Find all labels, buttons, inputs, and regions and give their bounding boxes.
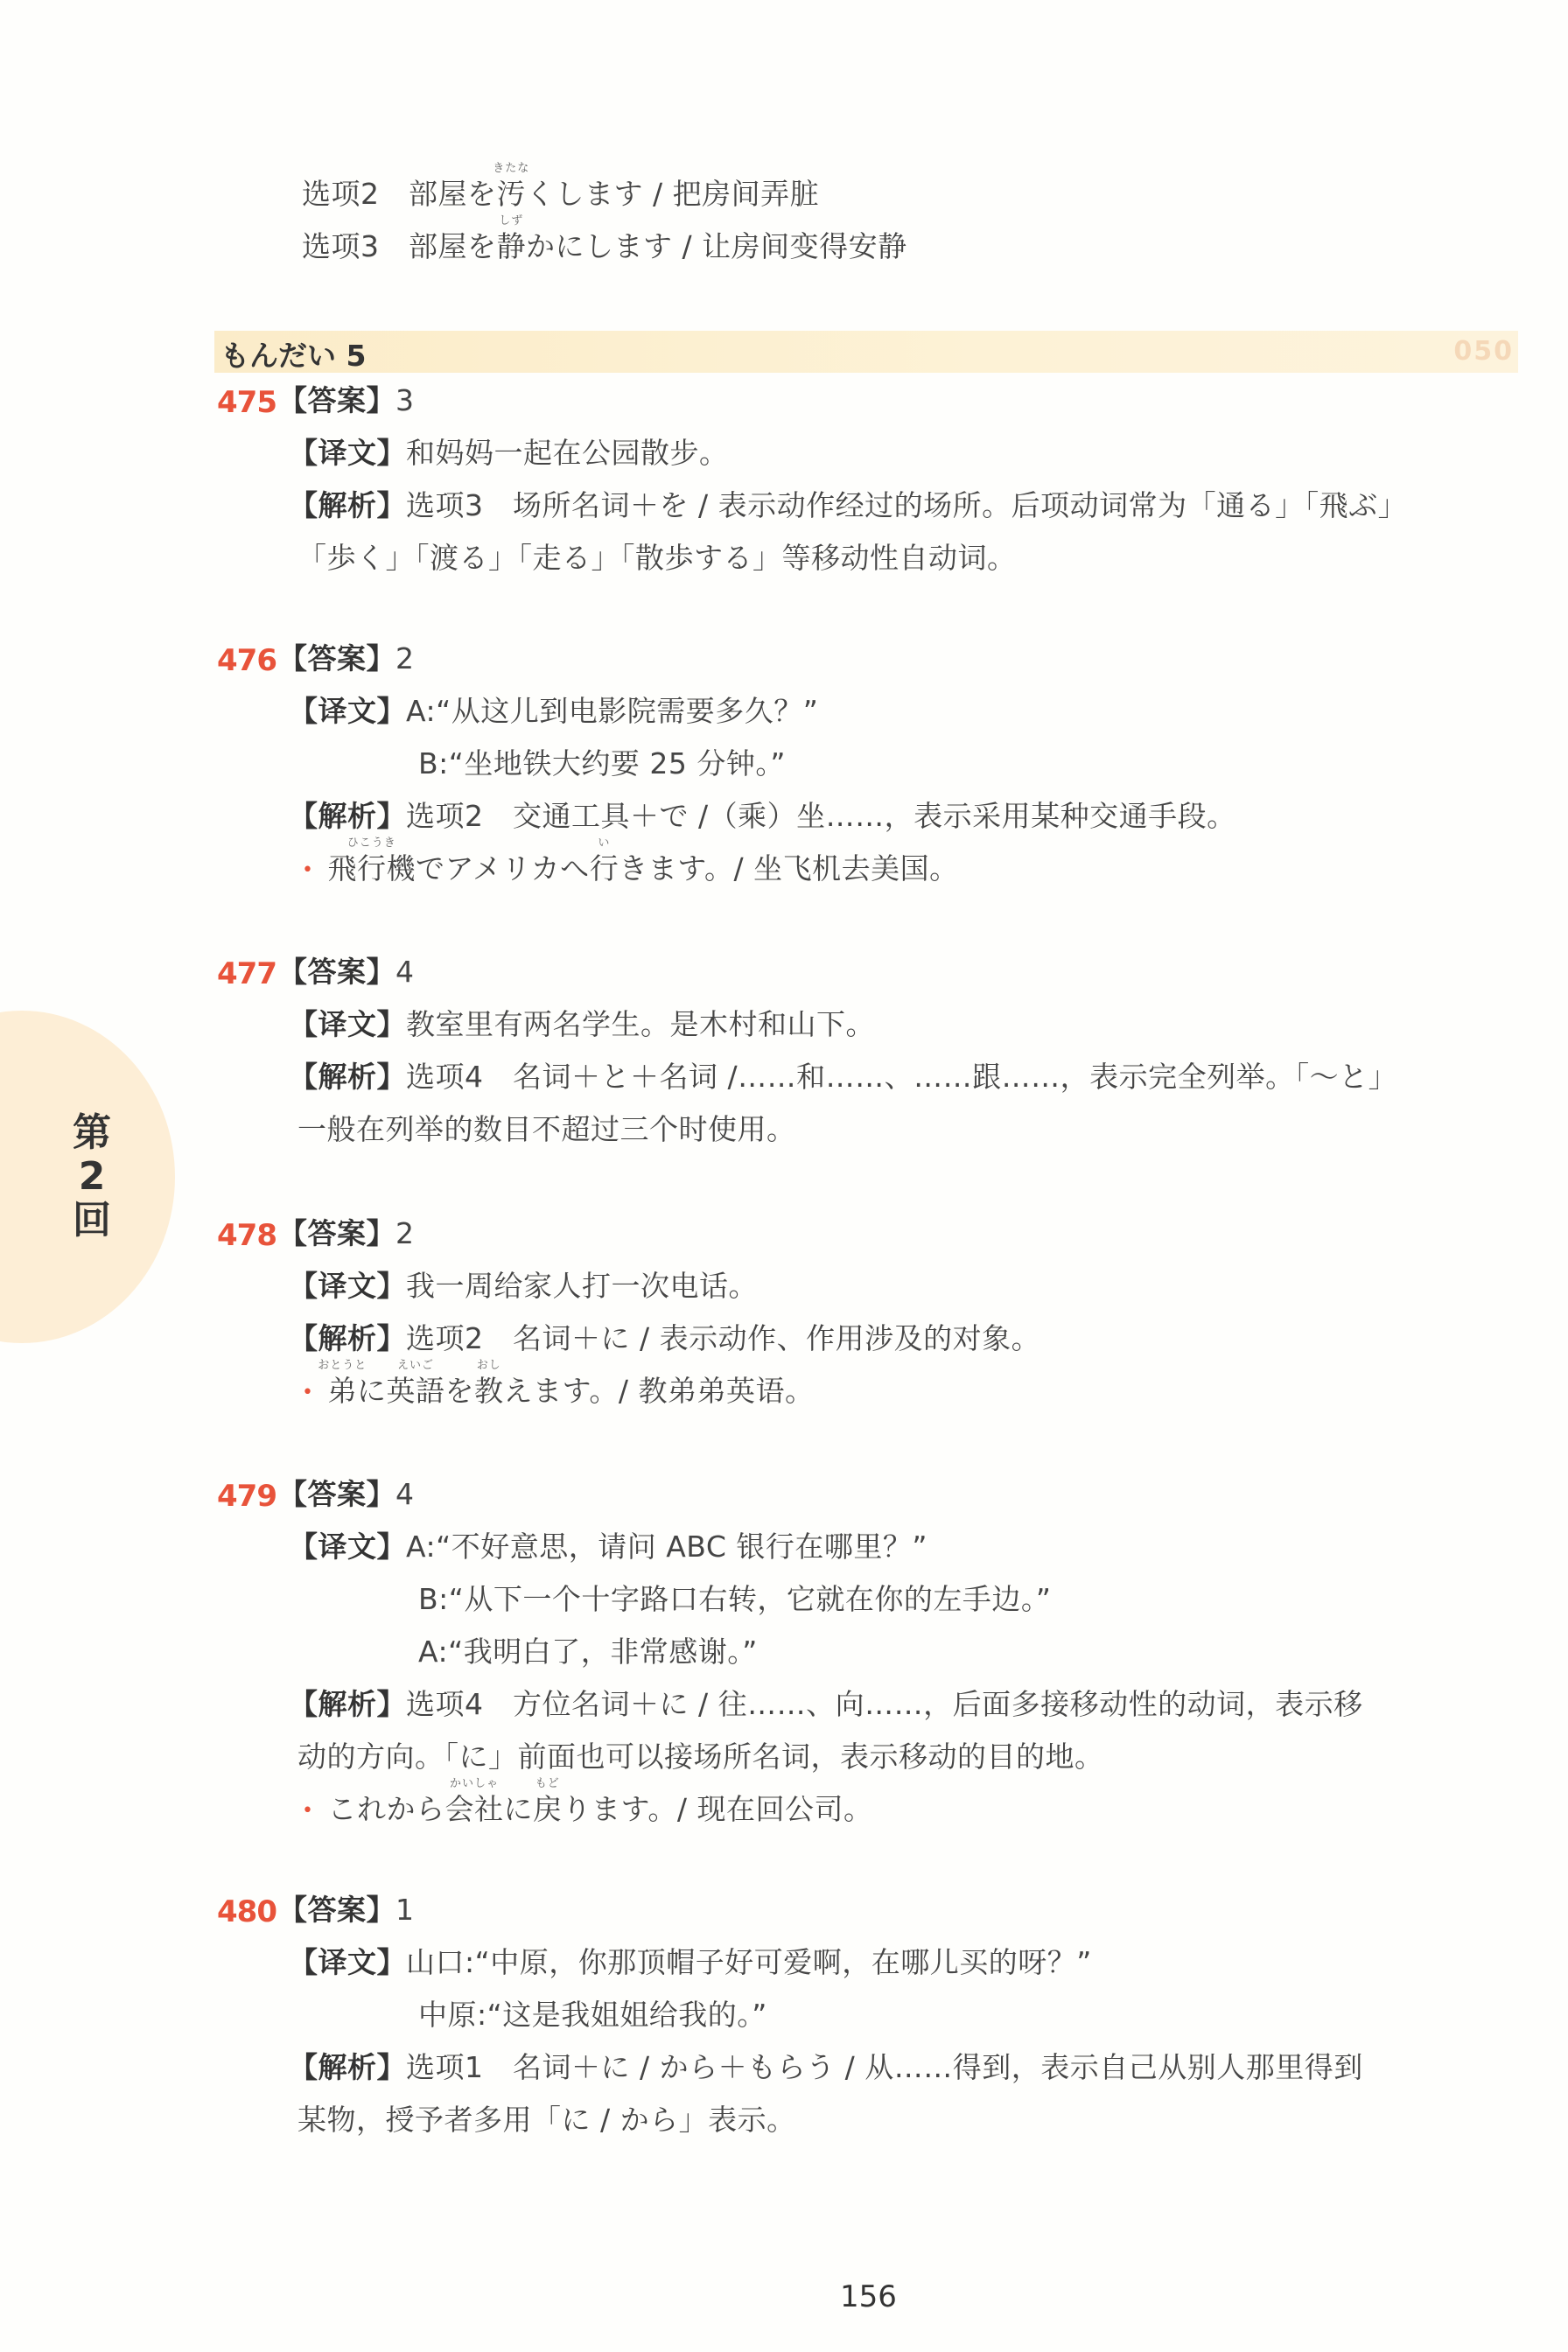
- side-tab-char: 第: [70, 1111, 114, 1155]
- answer-label: 【答案】: [278, 1477, 395, 1511]
- ruby: しず静: [497, 229, 527, 264]
- carryover-line-1: 选项2 部屋をきたな汚くします / 把房间弄脏: [302, 177, 819, 212]
- ruby-base: 弟: [327, 1374, 357, 1408]
- bullet-icon: •: [302, 1800, 313, 1822]
- analysis-line: 【解析】选项1 名词＋に / から＋もらう / 从……得到，表示自己从别人那里得…: [289, 2050, 1363, 2085]
- analysis-text: 选项1 名词＋に / から＋もらう / 从……得到，表示自己从别人那里得到: [406, 2050, 1363, 2084]
- example-line: •ひこうき飛行機でアメリカへい行きます。/ 坐飞机去美国。: [302, 851, 959, 891]
- ruby: おとうと弟: [327, 1374, 357, 1409]
- translation-text: 教室里有两名学生。是木村和山下。: [406, 1007, 875, 1041]
- answer-line: 【答案】2: [278, 641, 415, 676]
- answer-value: 3: [395, 383, 415, 417]
- text: に: [503, 1792, 533, 1826]
- text: くします / 把房间弄脏: [526, 177, 819, 211]
- translation-label: 【译文】: [289, 1007, 406, 1041]
- ruby: おし教: [474, 1374, 504, 1409]
- ruby-base: 会社: [444, 1792, 503, 1826]
- furigana: おとうと: [318, 1360, 367, 1372]
- answer-value: 1: [395, 1893, 415, 1927]
- side-tab-label: 第 2 回: [70, 1111, 114, 1242]
- carryover-line-2: 选项3 部屋をしず静かにします / 让房间变得安静: [302, 229, 907, 264]
- translation-line: 【译文】教室里有两名学生。是木村和山下。: [289, 1007, 875, 1042]
- translation-line: 【译文】我一周给家人打一次电话。: [289, 1269, 758, 1304]
- translation-text: A:“不好意思，请问 ABC 银行在哪里？”: [406, 1529, 927, 1564]
- side-tab-char: 2: [70, 1155, 114, 1199]
- furigana: しず: [499, 215, 523, 227]
- answer-label: 【答案】: [278, 1216, 395, 1250]
- translation-line: 【译文】A:“从这儿到电影院需要多久？”: [289, 694, 818, 729]
- analysis-text: 选项2 名词＋に / 表示动作、作用涉及的对象。: [406, 1321, 1040, 1355]
- furigana: おし: [477, 1360, 501, 1372]
- page-number: 156: [840, 2279, 897, 2314]
- translation-text: A:“从这儿到电影院需要多久？”: [406, 694, 818, 728]
- text: を: [444, 1374, 474, 1408]
- ruby: きたな汚: [497, 177, 527, 212]
- analysis-text: 选项4 方位名词＋に / 往……、向……，后面多接移动性的动词，表示移: [406, 1687, 1363, 1721]
- question-number: 475: [217, 385, 276, 420]
- question-number: 479: [217, 1479, 276, 1514]
- track-number: 050: [1453, 336, 1514, 367]
- answer-line: 【答案】3: [278, 383, 415, 418]
- side-tab-char: 回: [70, 1199, 114, 1242]
- analysis-label: 【解析】: [289, 2050, 406, 2084]
- translation-text: 和妈妈一起在公园散步。: [406, 436, 729, 470]
- translation-line-2: B:“坐地铁大约要 25 分钟。”: [418, 746, 786, 781]
- analysis-text: 动的方向。「に」前面也可以接场所名词，表示移动的目的地。: [297, 1739, 1104, 1774]
- bullet-icon: •: [302, 1382, 313, 1403]
- answer-value: 2: [395, 641, 415, 675]
- analysis-continuation: 某物，授予者多用「に / から」表示。: [297, 2103, 796, 2138]
- furigana: い: [598, 837, 610, 850]
- analysis-text: 选项4 名词＋と＋名词 /……和……、……跟……，表示完全列举。「～と」: [406, 1060, 1397, 1094]
- ruby-base: 英語: [386, 1374, 444, 1408]
- furigana: もど: [535, 1778, 560, 1790]
- ruby-base: 行: [590, 851, 619, 885]
- analysis-line: 【解析】选项4 名词＋と＋名词 /……和……、……跟……，表示完全列举。「～と」: [289, 1060, 1397, 1095]
- question-number: 478: [217, 1218, 276, 1253]
- translation-label: 【译文】: [289, 436, 406, 470]
- translation-text: 山口:“中原，你那顶帽子好可爱啊，在哪儿买的呀？”: [406, 1945, 1092, 1979]
- translation-line-2: 中原:“这是我姐姐给我的。”: [418, 1998, 767, 2033]
- answer-line: 【答案】4: [278, 955, 415, 990]
- analysis-continuation: 「歩く」「渡る」「走る」「散歩する」等移动性自动词。: [297, 541, 1017, 576]
- text: 选项2 部屋を: [302, 177, 497, 211]
- ruby-base: 静: [497, 229, 527, 263]
- text: きます。/ 坐飞机去美国。: [619, 851, 958, 885]
- ruby: かいしゃ会社: [444, 1792, 503, 1827]
- analysis-label: 【解析】: [289, 1321, 406, 1355]
- ruby: い行: [590, 851, 619, 886]
- ruby: もど戻: [533, 1792, 563, 1827]
- analysis-label: 【解析】: [289, 799, 406, 833]
- analysis-continuation: 一般在列举的数目不超过三个时使用。: [297, 1112, 796, 1147]
- translation-line: 【译文】和妈妈一起在公园散步。: [289, 436, 729, 471]
- translation-text: B:“坐地铁大约要 25 分钟。”: [418, 746, 786, 780]
- translation-line-3: A:“我明白了，非常感谢。”: [418, 1634, 758, 1669]
- text: 选项3 部屋を: [302, 229, 497, 263]
- analysis-label: 【解析】: [289, 488, 406, 522]
- ruby-base: 飛行機: [327, 851, 416, 885]
- answer-label: 【答案】: [278, 641, 395, 675]
- analysis-continuation: 动的方向。「に」前面也可以接场所名词，表示移动的目的地。: [297, 1739, 1104, 1774]
- ruby: ひこうき飛行機: [327, 851, 416, 886]
- translation-text: A:“我明白了，非常感谢。”: [418, 1634, 758, 1669]
- translation-text: 中原:“这是我姐姐给我的。”: [418, 1998, 767, 2032]
- answer-line: 【答案】2: [278, 1216, 415, 1251]
- question-number: 477: [217, 956, 276, 991]
- question-number: 480: [217, 1894, 276, 1929]
- answer-value: 4: [395, 1477, 415, 1511]
- analysis-line: 【解析】选项3 场所名词＋を / 表示动作经过的场所。后项动词常为「通る」「飛ぶ…: [289, 488, 1407, 523]
- analysis-text: 选项3 场所名词＋を / 表示动作经过的场所。后项动词常为「通る」「飛ぶ」: [406, 488, 1407, 522]
- section-title: もんだい 5: [220, 333, 366, 374]
- analysis-label: 【解析】: [289, 1060, 406, 1094]
- analysis-line: 【解析】选项4 方位名词＋に / 往……、向……，后面多接移动性的动词，表示移: [289, 1687, 1363, 1722]
- translation-line: 【译文】山口:“中原，你那顶帽子好可爱啊，在哪儿买的呀？”: [289, 1945, 1092, 1980]
- text: に: [357, 1374, 387, 1408]
- translation-label: 【译文】: [289, 694, 406, 728]
- text: かにします / 让房间变得安静: [526, 229, 907, 263]
- answer-label: 【答案】: [278, 383, 395, 417]
- translation-label: 【译文】: [289, 1269, 406, 1303]
- analysis-line: 【解析】选项2 交通工具＋で /（乘）坐……，表示采用某种交通手段。: [289, 799, 1236, 834]
- example-line: •これからかいしゃ会社にもど戻ります。/ 现在回公司。: [302, 1792, 872, 1831]
- answer-label: 【答案】: [278, 955, 395, 989]
- analysis-text: 某物，授予者多用「に / から」表示。: [297, 2103, 796, 2137]
- furigana: えいご: [397, 1360, 434, 1372]
- analysis-text: 「歩く」「渡る」「走る」「散歩する」等移动性自动词。: [297, 541, 1017, 575]
- analysis-line: 【解析】选项2 名词＋に / 表示动作、作用涉及的对象。: [289, 1321, 1040, 1356]
- answer-value: 2: [395, 1216, 415, 1250]
- answer-value: 4: [395, 955, 415, 989]
- furigana: かいしゃ: [450, 1778, 499, 1790]
- analysis-text: 一般在列举的数目不超过三个时使用。: [297, 1112, 796, 1146]
- question-number: 476: [217, 643, 276, 678]
- ruby-base: 戻: [533, 1792, 563, 1826]
- translation-text: 我一周给家人打一次电话。: [406, 1269, 758, 1303]
- answer-line: 【答案】4: [278, 1477, 415, 1512]
- translation-label: 【译文】: [289, 1529, 406, 1564]
- translation-line-2: B:“从下一个十字路口右转，它就在你的左手边。”: [418, 1582, 1051, 1617]
- text: ります。/ 现在回公司。: [562, 1792, 872, 1826]
- furigana: きたな: [493, 163, 529, 175]
- analysis-text: 选项2 交通工具＋で /（乘）坐……，表示采用某种交通手段。: [406, 799, 1236, 833]
- furigana: ひこうき: [347, 837, 396, 850]
- answer-label: 【答案】: [278, 1893, 395, 1927]
- ruby-base: 教: [474, 1374, 504, 1408]
- translation-text: B:“从下一个十字路口右转，它就在你的左手边。”: [418, 1582, 1051, 1616]
- bullet-icon: •: [302, 859, 313, 881]
- example-line: •おとうと弟にえいご英語をおし教えます。/ 教弟弟英语。: [302, 1374, 814, 1413]
- ruby-base: 汚: [497, 177, 527, 211]
- ruby: えいご英語: [386, 1374, 444, 1409]
- text: えます。/ 教弟弟英语。: [503, 1374, 814, 1408]
- text: これから: [327, 1792, 444, 1826]
- translation-label: 【译文】: [289, 1945, 406, 1979]
- section-header-band: [214, 331, 1518, 373]
- text: でアメリカへ: [416, 851, 590, 885]
- analysis-label: 【解析】: [289, 1687, 406, 1721]
- answer-line: 【答案】1: [278, 1893, 415, 1928]
- translation-line: 【译文】A:“不好意思，请问 ABC 银行在哪里？”: [289, 1529, 927, 1564]
